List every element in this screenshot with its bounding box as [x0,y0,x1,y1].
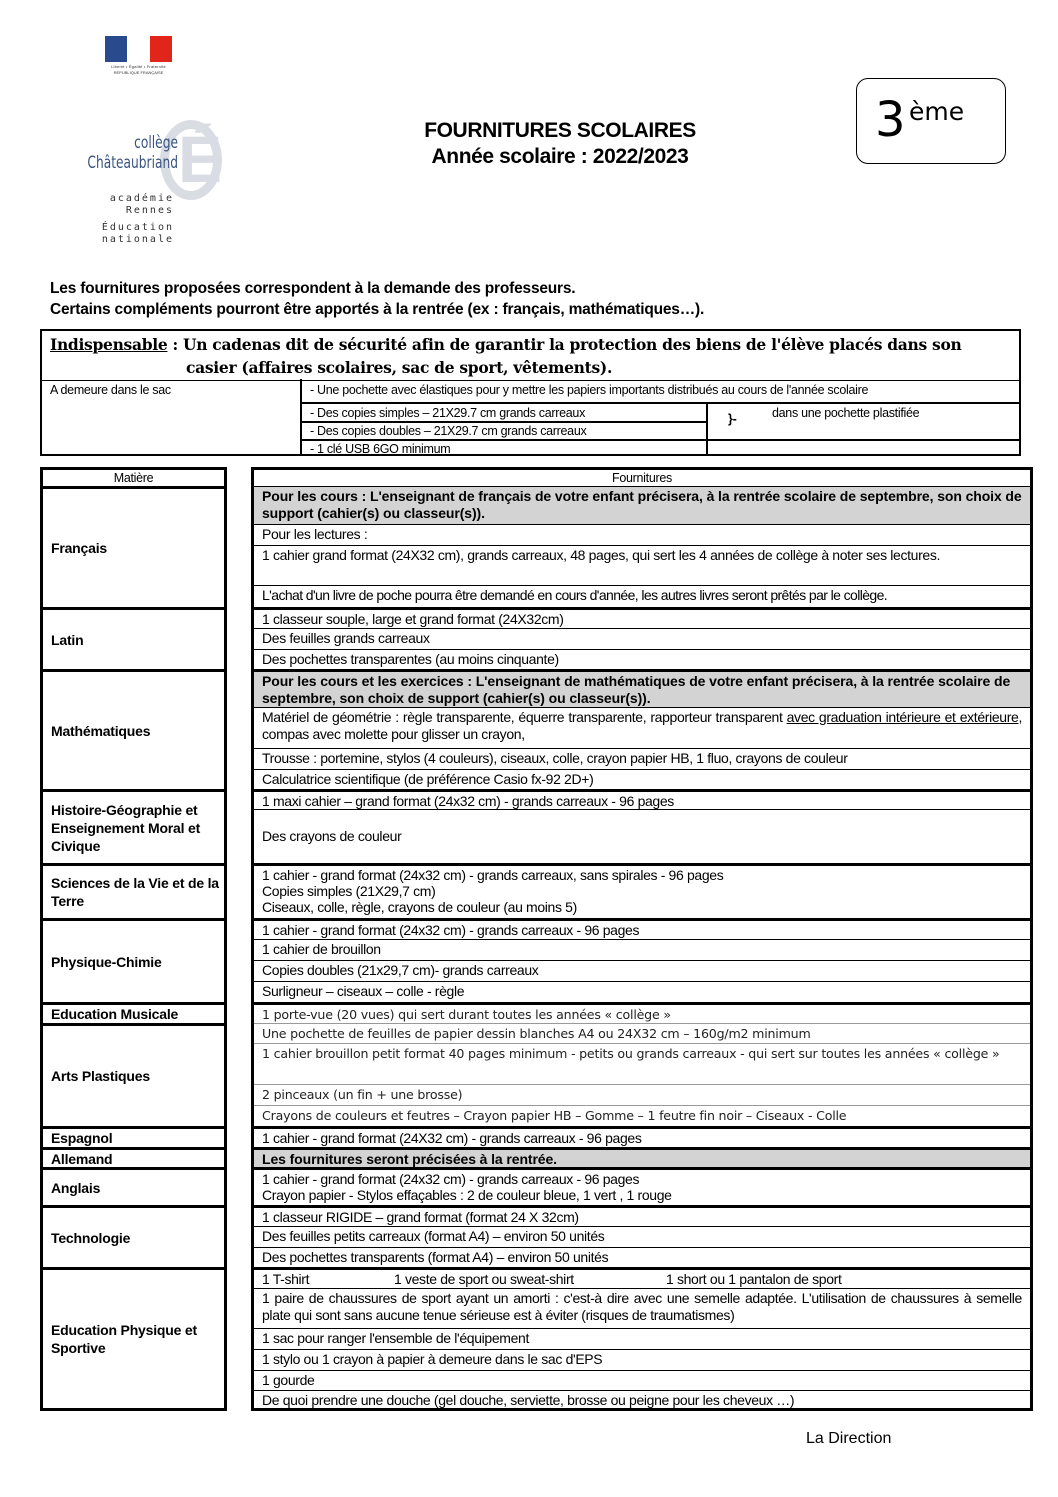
title-school-year: Année scolaire : 2022/2023 [330,144,790,170]
intro-line-1: Les fournitures proposées correspondent … [50,278,1030,299]
supply-row: 1 cahier grand format (24X32 cm), grands… [254,545,1030,585]
indispensable-box: Indispensable : Un cadenas dit de sécuri… [40,329,1021,456]
grade-level-number: 3 [875,93,906,147]
supply-row: Crayons de couleurs et feutres – Crayon … [254,1105,1030,1126]
republic-name: RÉPUBLIQUE FRANÇAISE [105,70,172,75]
subject-eps: Education Physique et Sportive [43,1267,224,1408]
supply-row: 1 cahier - grand format (24X32 cm) - gra… [254,1126,1030,1147]
indispensable-label: Indispensable [50,335,167,354]
supply-row: 1 classeur souple, large et grand format… [254,607,1030,628]
bag-item: - Une pochette avec élastiques pour y me… [306,382,1020,398]
pochette-note: dans une pochette plastifiée [768,405,1008,421]
supply-row: 1 stylo ou 1 crayon à papier à demeure d… [254,1349,1030,1370]
subject-mathematiques: Mathématiques [43,669,224,789]
signature: La Direction [806,1430,891,1448]
academie-label: académie Rennes Éducation nationale [100,193,174,246]
supply-row: 1 T-shirt1 veste de sport ou sweat-shirt… [254,1267,1030,1288]
bag-label: A demeure dans le sac [46,382,296,398]
intro-text: Les fournitures proposées correspondent … [50,278,1030,320]
supply-row: L'achat d'un livre de poche pourra être … [254,585,1030,607]
subject-svt: Sciences de la Vie et de la Terre [43,863,224,918]
supply-row: Surligneur – ciseaux – colle - règle [254,981,1030,1002]
supply-row: Pour les cours et les exercices : L'ense… [254,669,1030,707]
subject-francais: Français [43,486,224,607]
subject-espagnol: Espagnol [43,1126,224,1147]
supply-row: Pour les cours : L'enseignant de françai… [254,486,1030,524]
subject-technologie: Technologie [43,1205,224,1267]
subject-education-musicale: Education Musicale [43,1002,224,1023]
indispensable-text-2: casier (affaires scolaires, sac de sport… [50,356,1011,379]
subject-arts-plastiques: Arts Plastiques [43,1023,224,1126]
supply-row: 1 classeur RIGIDE – grand format (format… [254,1205,1030,1226]
supply-row: 1 cahier de brouillon [254,939,1030,960]
supply-row: Des feuilles petits carreaux (format A4)… [254,1226,1030,1247]
page-title: FOURNITURES SCOLAIRES Année scolaire : 2… [330,118,790,170]
supply-row: 1 cahier - grand format (24x32 cm) - gra… [254,863,1030,918]
supply-row: Des feuilles grands carreaux [254,628,1030,649]
title-main: FOURNITURES SCOLAIRES [330,118,790,144]
school-name: collège Châteaubriand [60,133,178,173]
supplies-column: Fournitures Pour les cours : L'enseignan… [251,467,1033,1411]
grade-level-badge: 3 ème [856,78,1006,164]
supply-row: 1 cahier - grand format (24x32 cm) - gra… [254,1167,1030,1205]
supply-row: Les fournitures seront précisées à la re… [254,1147,1030,1167]
supply-row: 1 porte-vue (20 vues) qui sert durant to… [254,1002,1030,1023]
supply-row: 1 gourde [254,1370,1030,1390]
supply-row: Pour les lectures : [254,524,1030,545]
intro-line-2: Certains compléments pourront être appor… [50,299,1030,320]
subject-allemand: Allemand [43,1147,224,1167]
supply-row: 1 sac pour ranger l'ensemble de l'équipe… [254,1328,1030,1349]
supply-row: 1 paire de chaussures de sport ayant un … [254,1288,1030,1328]
subject-physique-chimie: Physique-Chimie [43,918,224,1002]
supply-row: Matériel de géométrie : règle transparen… [254,707,1030,748]
supply-row: Des pochettes transparentes (au moins ci… [254,649,1030,669]
supply-row: Des crayons de couleur [254,809,1030,863]
supply-row: De quoi prendre une douche (gel douche, … [254,1390,1030,1408]
indispensable-text-1: : Un cadenas dit de sécurité afin de gar… [167,335,961,354]
bag-item: - 1 clé USB 6GO minimum [306,441,706,457]
supply-row: 2 pinceaux (un fin + une brosse) [254,1084,1030,1105]
marianne-flag-icon [105,36,172,62]
indispensable-notice: Indispensable : Un cadenas dit de sécuri… [42,331,1019,381]
subject-histoire-geographie: Histoire-Géographie et Enseignement Mora… [43,789,224,863]
grade-level-suffix: ème [909,97,964,126]
supply-row: 1 cahier - grand format (24x32 cm) - gra… [254,918,1030,939]
supply-row: Calculatrice scientifique (de préférence… [254,769,1030,789]
republique-francaise-logo: Liberté • Égalité • Fraternité RÉPUBLIQU… [105,36,172,80]
subject-anglais: Anglais [43,1167,224,1205]
subject-latin: Latin [43,607,224,669]
bag-item: - Des copies doubles – 21X29.7 cm grands… [306,423,706,439]
supply-row: 1 cahier brouillon petit format 40 pages… [254,1043,1030,1084]
supply-row: 1 maxi cahier – grand format (24x32 cm) … [254,789,1030,809]
subject-column: Matière Français Latin Mathématiques His… [40,467,227,1411]
supply-row: Trousse : portemine, stylos (4 couleurs)… [254,748,1030,769]
republic-motto: Liberté • Égalité • Fraternité [105,64,172,69]
supply-row: Copies doubles (21x29,7 cm)- grands carr… [254,960,1030,981]
brace-icon: }- [724,411,744,427]
supply-row: Des pochettes transparents (format A4) –… [254,1247,1030,1267]
bag-item: - Des copies simples – 21X29.7 cm grands… [306,405,706,421]
supply-row: Une pochette de feuilles de papier dessi… [254,1023,1030,1043]
